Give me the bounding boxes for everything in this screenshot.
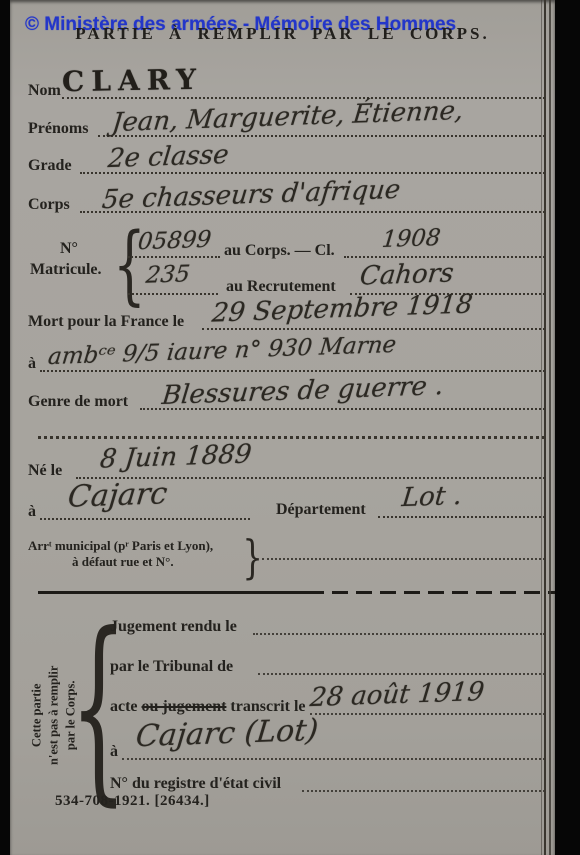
grade-label: Grade [28, 157, 72, 175]
matricule-label-line2: Matricule. [30, 261, 102, 279]
ne-a-value: Cajarc [66, 476, 169, 515]
jugement-rendu-line [253, 633, 545, 635]
registre-line [302, 790, 545, 792]
page-edge-rule [549, 0, 551, 855]
genre-de-mort-value: Blessures de guerre . [161, 371, 446, 411]
tribunal-label: par le Tribunal de [110, 658, 233, 676]
ne-a-line [40, 518, 250, 520]
matricule-recrutement-line1 [128, 293, 218, 295]
form-paper: © Ministère des armées - Mémoire des Hom… [10, 0, 555, 855]
section-divider-dashed [308, 591, 555, 594]
mort-a-value: ambᶜᵉ 9/5 iaure n° 930 Marne [47, 332, 398, 370]
transcrit-a-line [122, 758, 545, 760]
jugement-rendu-label: Jugement rendu le [110, 618, 237, 636]
corps-value: 5e chasseurs d'afrique [101, 175, 402, 216]
transcrit-line [310, 713, 545, 715]
grade-value: 2e classe [106, 140, 230, 174]
prenoms-value: Jean, Marguerite, Étienne, [111, 96, 465, 138]
mort-a-line [40, 370, 545, 372]
nom-line [62, 97, 545, 99]
mort-le-line [202, 328, 545, 330]
transcrit-a-value: Cajarc (Lot) [134, 713, 320, 755]
departement-label: Département [276, 501, 366, 519]
page-edge-rule [541, 0, 542, 855]
mort-a-label: à [28, 355, 36, 373]
scanned-death-record: © Ministère des armées - Mémoire des Hom… [0, 0, 580, 855]
form-title: PARTIE À REMPLIR PAR LE CORPS. [10, 24, 555, 44]
arrondissement-line [262, 558, 545, 560]
genre-de-mort-label: Genre de mort [28, 393, 128, 411]
matricule-label-line1: N° [60, 240, 78, 258]
matricule-recrutement-value: 235 [145, 261, 192, 289]
departement-line [378, 516, 545, 518]
corps-label: Corps [28, 196, 70, 214]
prenoms-label: Prénoms [28, 120, 88, 138]
transcrit-label-prefix: acte [110, 698, 142, 715]
empty-line [38, 436, 545, 439]
nom-value: CLARY [62, 63, 204, 98]
ne-le-label: Né le [28, 462, 62, 480]
tribunal-line [258, 673, 545, 675]
registre-label: N° du registre d'état civil [110, 775, 281, 793]
transcrit-label-struck: ou jugement [142, 698, 227, 715]
matricule-corps-value: 05899 [137, 227, 213, 256]
sidebar-note-line2: n'est pas à remplir [46, 625, 63, 805]
sidebar-note-line1: Cette partie [29, 625, 46, 805]
matricule-corps-line1 [128, 256, 220, 258]
imprint-number: 534-708-1921. [26434.] [55, 793, 210, 810]
arrondissement-brace: } [242, 534, 262, 580]
arrondissement-label-line2: à défaut rue et N°. [72, 554, 174, 570]
ne-a-label: à [28, 503, 36, 521]
departement-value: Lot . [400, 481, 463, 513]
classe-value: 1908 [381, 225, 442, 253]
transcrit-value: 28 août 1919 [308, 677, 485, 713]
ne-le-value: 8 Juin 1889 [98, 439, 253, 474]
page-edge-rule [544, 0, 546, 855]
nom-label: Nom [28, 82, 61, 100]
au-corps-label: au Corps. — Cl. [224, 242, 335, 260]
au-recrutement-label: au Recrutement [226, 278, 336, 296]
mort-le-label: Mort pour la France le [28, 313, 184, 331]
transcrit-label-suffix: transcrit le [226, 698, 305, 715]
recrutement-place-value: Cahors [358, 258, 455, 291]
transcrit-a-label: à [110, 743, 118, 761]
arrondissement-label-line1: Arrᵗ municipal (pʳ Paris et Lyon), [28, 538, 213, 554]
